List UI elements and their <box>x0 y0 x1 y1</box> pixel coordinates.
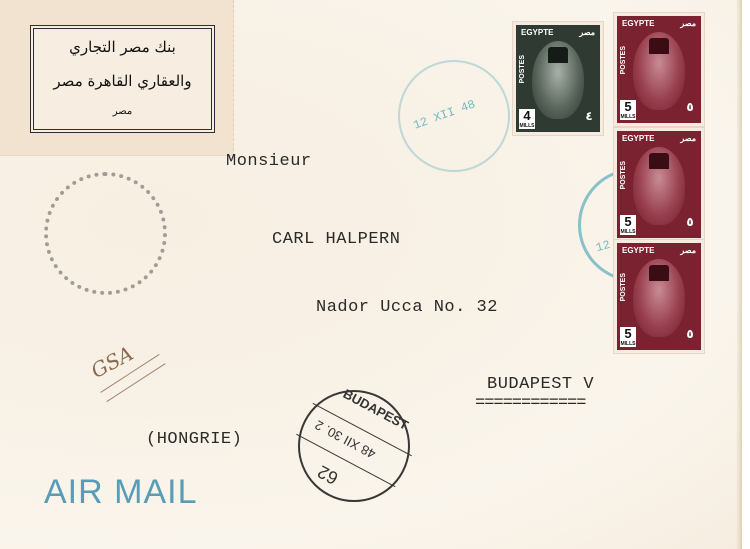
egypt-postmark-top-date: 12 XII 48 <box>412 97 478 132</box>
stamp-country: EGYPTE <box>622 19 654 28</box>
address-salutation: Monsieur <box>226 152 312 171</box>
stamp-country-ar: مصر <box>579 28 595 37</box>
postmark-number: 62 <box>314 461 342 489</box>
stamp-country-ar: مصر <box>680 134 696 143</box>
fez-icon <box>649 265 669 281</box>
address-city: BUDAPEST V <box>487 375 594 394</box>
stamp-value: 5MILLS <box>620 100 636 120</box>
stamp-value: 4MILLS <box>519 109 535 129</box>
airmail-stamp: AIR MAIL <box>44 473 197 512</box>
sender-line-1: بنك مصر التجاري <box>31 38 214 56</box>
fez-icon <box>649 153 669 169</box>
address-name: CARL HALPERN <box>272 230 400 249</box>
stamp-side-label: POSTES <box>620 46 627 74</box>
sender-line-3: مصر <box>31 106 214 117</box>
envelope: بنك مصر التجاري والعقاري القاهرة مصر مصر… <box>0 0 742 549</box>
sender-flap: بنك مصر التجاري والعقاري القاهرة مصر مصر <box>0 0 234 156</box>
stamp-5-mills-2: EGYPTEمصر POSTES 5MILLS ٥ <box>614 128 704 241</box>
stamp-value-ar: ٥ <box>682 215 698 235</box>
stamp-country-ar: مصر <box>680 19 696 28</box>
stamp-country: EGYPTE <box>622 246 654 255</box>
stamp-5-mills-3: EGYPTEمصر POSTES 5MILLS ٥ <box>614 240 704 353</box>
stamp-4-mills: EGYPTEمصر POSTES 4MILLS ٤ <box>513 22 603 135</box>
address-country: (HONGRIE) <box>146 430 242 449</box>
fez-icon <box>548 47 568 63</box>
stamp-side-label: POSTES <box>620 273 627 301</box>
stamp-value-ar: ٥ <box>682 100 698 120</box>
sender-label: بنك مصر التجاري والعقاري القاهرة مصر مصر <box>30 25 215 133</box>
address-street: Nador Ucca No. 32 <box>316 298 498 317</box>
stamp-value: 5MILLS <box>620 215 636 235</box>
budapest-postmark: BUDAPEST 48 XII 30. 2 62 <box>298 390 410 502</box>
stamp-value-ar: ٥ <box>682 327 698 347</box>
stamp-5-mills-1: EGYPTEمصر POSTES 5MILLS ٥ <box>614 13 704 126</box>
faint-postmark <box>44 172 167 295</box>
address-city-underline: ============ <box>475 394 585 413</box>
stamp-value-ar: ٤ <box>581 109 597 129</box>
sender-line-2: والعقاري القاهرة مصر <box>31 72 214 90</box>
stamp-value: 5MILLS <box>620 327 636 347</box>
stamp-country: EGYPTE <box>622 134 654 143</box>
fez-icon <box>649 38 669 54</box>
stamp-country: EGYPTE <box>521 28 553 37</box>
egypt-postmark-top: 12 XII 48 <box>398 60 510 172</box>
stamp-country-ar: مصر <box>680 246 696 255</box>
stamp-side-label: POSTES <box>620 161 627 189</box>
stamp-side-label: POSTES <box>519 55 526 83</box>
